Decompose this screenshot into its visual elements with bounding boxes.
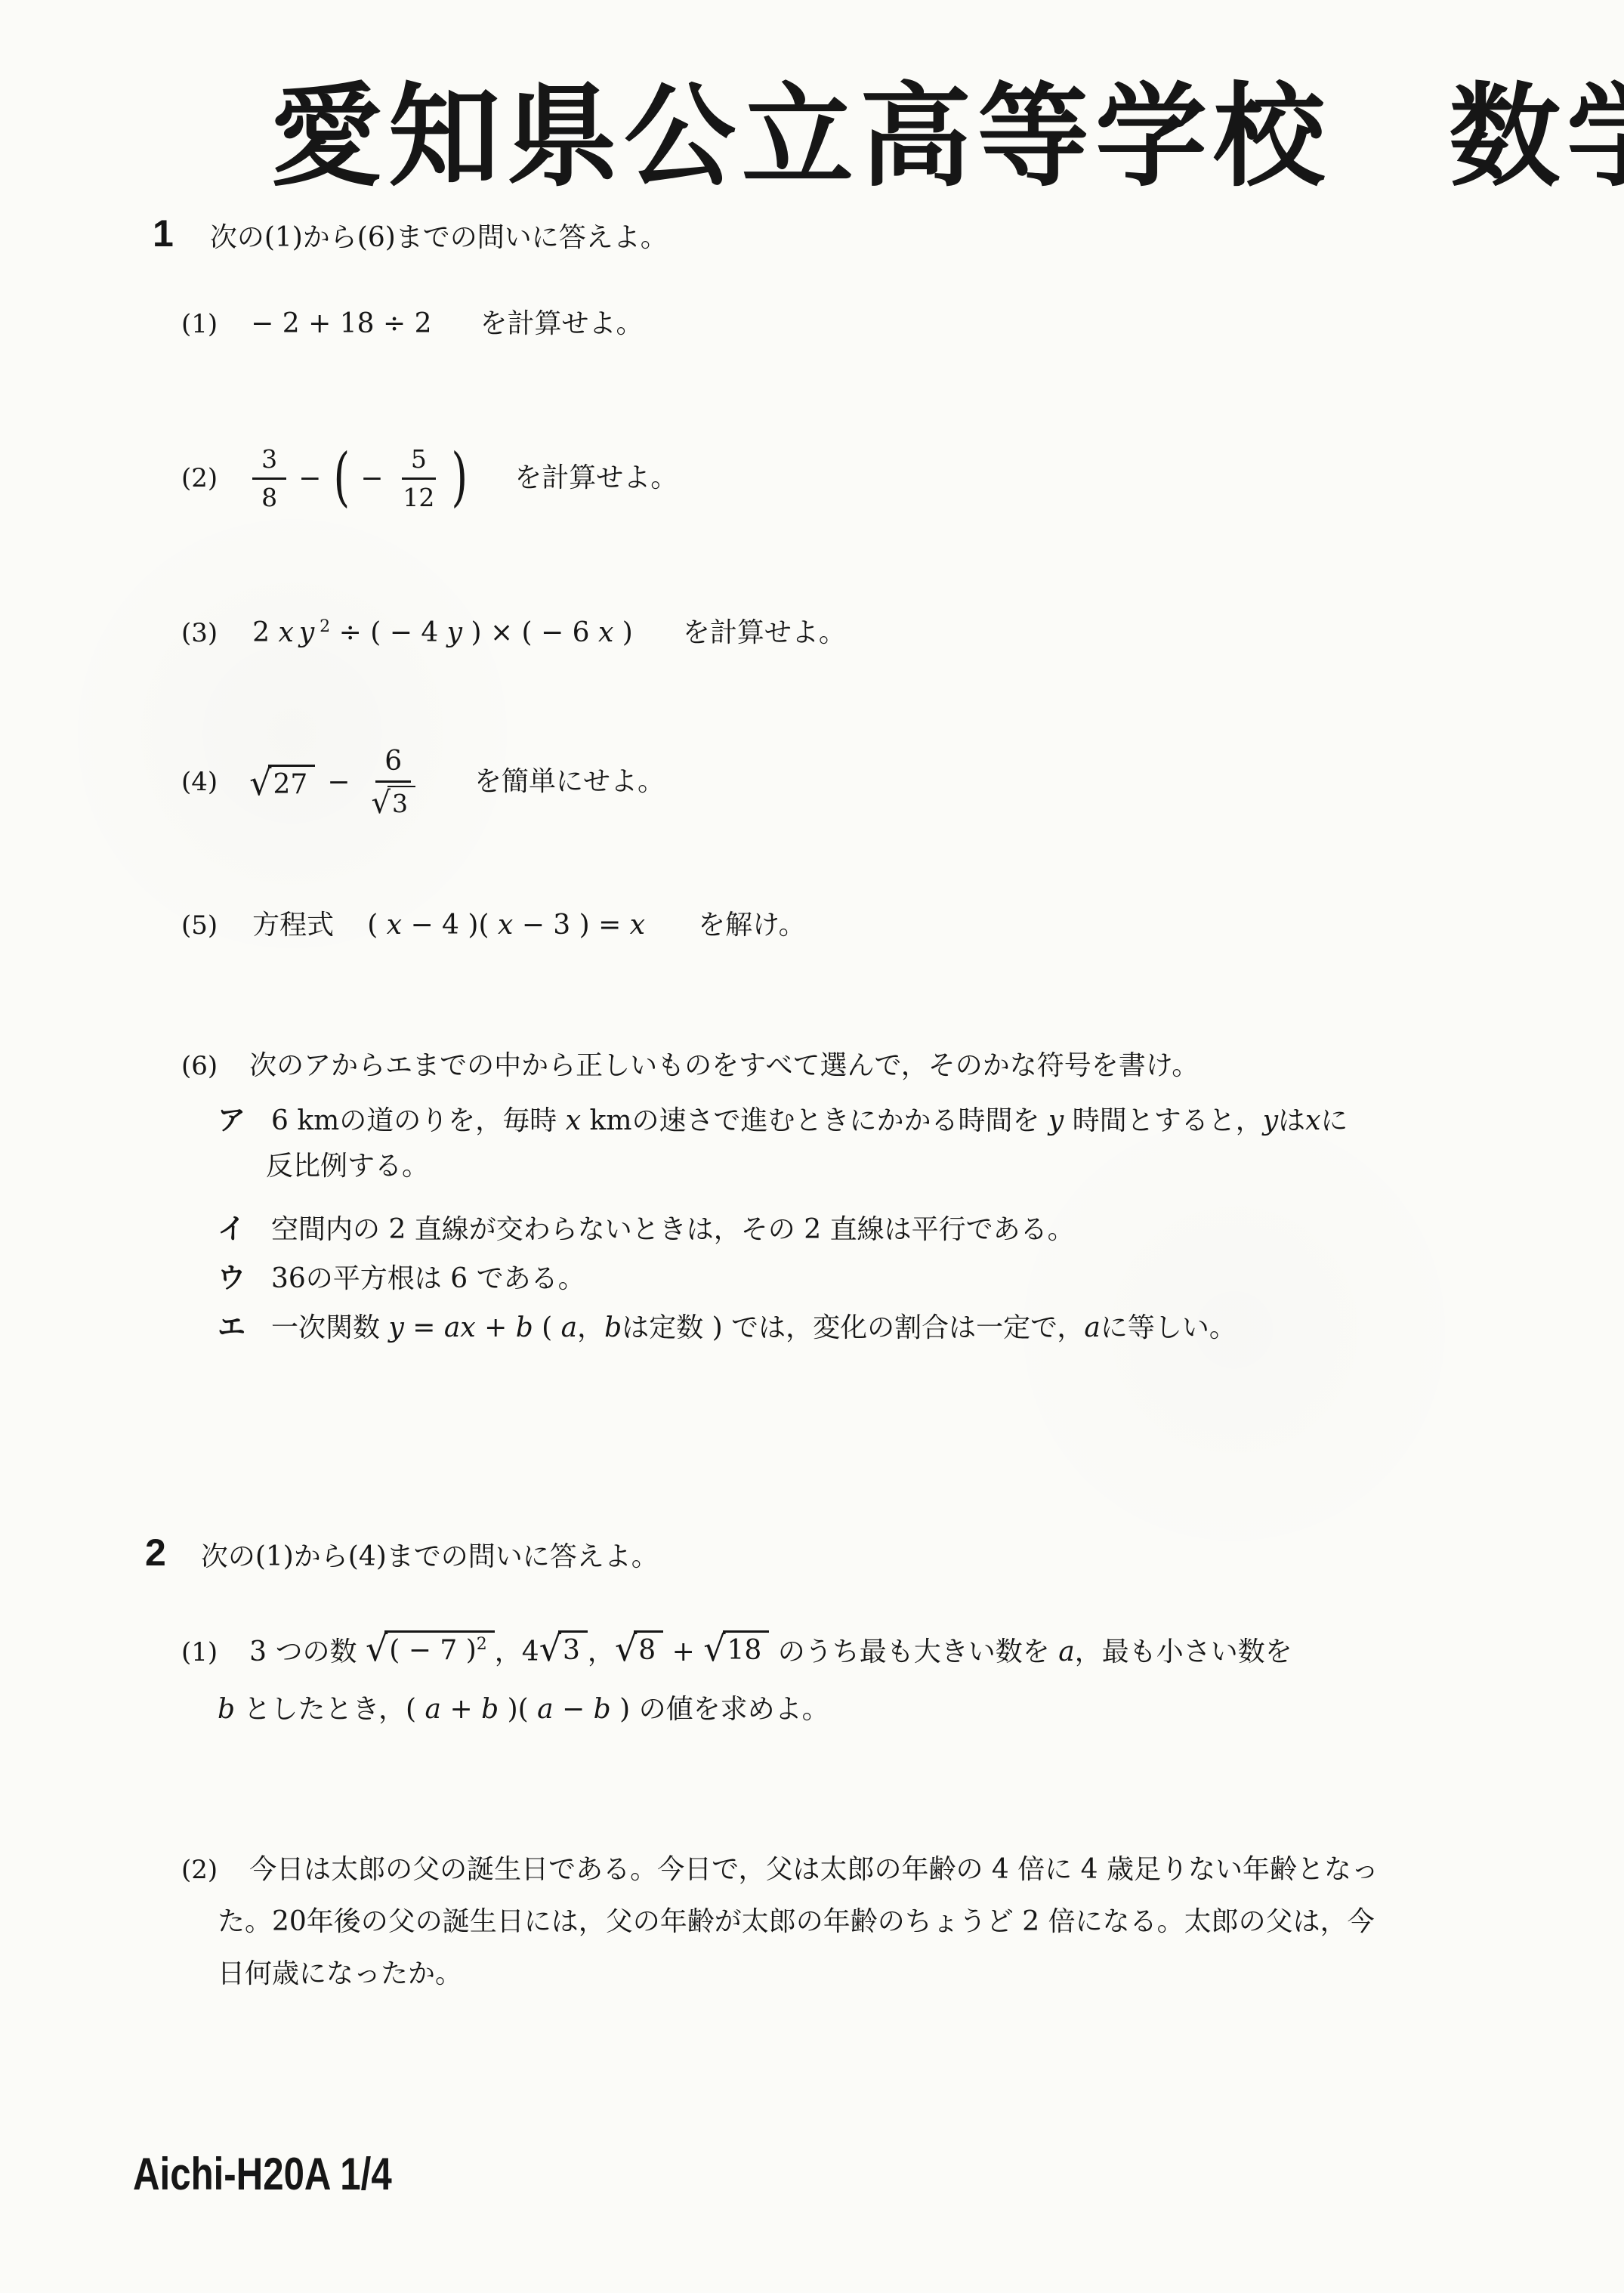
text: ，最も小さい数を [1075,1635,1292,1670]
variable-b: b [218,1694,235,1725]
left-paren: ( [333,447,350,510]
minus: − [554,1694,594,1725]
sqrt-neg7-squared: √( − 7 )2 [366,1630,495,1666]
question-1-1-label: (1) [181,309,218,339]
radicand: 18 [723,1630,770,1666]
text: としたとき，( [235,1692,425,1728]
radicand-base: ( − 7 ) [389,1635,477,1666]
question-1-6-label: (6) [181,1051,218,1081]
section-1-intro: 次の(1)から(6)までの問いに答えよ。 [210,221,668,256]
variable-x: x [630,910,645,941]
negative-sign: − [360,463,383,494]
section-2-header: 2 次の(1)から(4)までの問いに答えよ。 [145,1534,659,1575]
choice-c-label: ウ [218,1255,245,1296]
variable-x: x [387,910,402,941]
question-1-3-expression: 2 xy2 ÷ ( − 4 y ) × ( − 6 x ) [252,617,633,648]
choice-a-text: 6 kmの道のりを，毎時 x kmの速さで進むときにかかる時間を y 時間とする… [271,1104,1348,1139]
comma: ， [495,1635,522,1670]
choice-b: イ 空間内の 2 直線が交わらないときは，その 2 直線は平行である。 [218,1206,1075,1248]
variable-a: a [561,1312,577,1343]
question-2-2-line3-row: 日何歳になったか。 [218,1957,462,1992]
fraction-5-12: 5 12 [394,444,443,512]
question-2-1: (1) 3 つの数 √( − 7 )2 ， 4 √3 ， √8 + √18 のう… [181,1630,1292,1670]
choice-a: ア 6 kmの道のりを，毎時 x kmの速さで進むときにかかる時間を y 時間と… [218,1097,1348,1139]
text: 時間とすると， [1064,1105,1262,1136]
minus-operator: − [298,463,321,494]
choice-d: エ 一次関数 y = ax + b ( a，bは定数 ) では，変化の割合は一定… [218,1304,1237,1346]
text: 6 kmの道のりを，毎時 [271,1105,566,1136]
question-2-2-line2-row: た。20年後の父の誕生日には，父の年齢が太郎の年齢のちょうど 2 倍になる。太郎… [218,1905,1375,1940]
page-footer: Aichi-H20A 1/4 [133,2152,392,2197]
question-2-2: (2) 今日は太郎の父の誕生日である。今日で，父は太郎の年齢の 4 倍に 4 歳… [181,1853,1379,1888]
question-1-4: (4) √ 27 − 6 √3 を簡単にせよ。 [181,745,665,820]
exponent: 2 [477,1635,487,1654]
section-2-intro: 次の(1)から(4)までの問いに答えよ。 [201,1540,659,1575]
radicand: 3 [387,786,415,818]
question-1-5-instruction: を解け。 [698,908,806,944]
parens: )( [499,1694,537,1725]
section-1-header: 1 次の(1)から(6)までの問いに答えよ。 [153,215,668,256]
radicand: 27 [268,765,315,800]
question-2-1-line2: b としたとき，( a + b )( a − b ) の値を求めよ。 [218,1692,829,1728]
question-1-1-expression: − 2 + 18 ÷ 2 [251,308,431,339]
text: は [1278,1105,1305,1136]
question-1-5-label: (5) [181,910,218,941]
text: は定数 ) では，変化の割合は一定で， [622,1312,1084,1343]
text: kmの速さで進むときにかかる時間を [581,1105,1048,1136]
sqrt-3: √3 [539,1630,588,1666]
fraction-numerator: 6 [375,745,411,783]
variable-ax: ax [444,1312,476,1343]
question-2-2-label: (2) [181,1855,218,1885]
fraction-denominator: 8 [252,480,286,513]
exponent: 2 [320,617,330,636]
text: ) の値を求めよ。 [611,1692,829,1728]
plus: + [441,1694,481,1725]
comma: ， [588,1635,615,1670]
question-1-3: (3) 2 xy2 ÷ ( − 4 y ) × ( − 6 x ) を計算せよ。 [181,616,846,651]
text: のうち最も大きい数を [769,1635,1058,1670]
operators: ) × ( − 6 [462,617,598,648]
question-1-3-label: (3) [181,618,218,648]
variable-b: b [604,1312,622,1343]
question-1-4-instruction: を簡単にせよ。 [474,765,665,800]
variable-a: a [1084,1312,1100,1343]
choice-a-label: ア [218,1097,245,1138]
variable-y: y [1263,1105,1278,1136]
minus-operator: − [327,767,350,798]
comma: ， [577,1312,604,1343]
variable-x: x [1305,1105,1320,1136]
question-2-2-line3: 日何歳になったか。 [218,1957,462,1992]
text: に等しい。 [1101,1312,1237,1343]
exam-paper-page: 愛知県公立高等学校 数学 1 次の(1)から(6)までの問いに答えよ。 (1) … [0,0,1624,2293]
radicand: 3 [558,1630,588,1666]
question-2-2-line1: 今日は太郎の父の誕生日である。今日で，父は太郎の年齢の 4 倍に 4 歳足りない… [249,1853,1379,1888]
variable-x: x [566,1105,581,1136]
operators: ÷ ( − 4 [330,617,447,648]
choice-d-label: エ [218,1304,245,1345]
sqrt-3: √3 [371,786,415,818]
text: ( [533,1312,561,1343]
choice-c: ウ 36の平方根は 6 である。 [218,1255,585,1297]
fraction-denominator: √3 [362,783,425,820]
question-1-5-equation: ( x − 4 )( x − 3 ) = x [367,910,645,941]
question-1-6-intro: 次のアからエまでの中から正しいものをすべて選んで，そのかな符号を書け。 [249,1049,1199,1084]
plus: + [476,1312,516,1343]
coefficient-4: 4 [522,1636,539,1667]
close-paren: ) [613,617,633,648]
middle: − 4 )( [402,910,498,941]
question-1-6: (6) 次のアからエまでの中から正しいものをすべて選んで，そのかな符号を書け。 [181,1049,1199,1084]
variable-y: y [388,1312,403,1343]
variables: xy [279,617,320,648]
equals: = [404,1312,444,1343]
middle: − 3 ) = [513,910,630,941]
question-1-4-label: (4) [181,767,218,797]
sqrt-18: √18 [703,1630,769,1666]
choice-d-text: 一次関数 y = ax + b ( a，bは定数 ) では，変化の割合は一定で，… [271,1311,1237,1346]
page-title: 愛知県公立高等学校 数学 [270,66,1624,206]
question-2-1-label: (1) [181,1637,218,1667]
section-1-number: 1 [153,215,174,252]
fraction-3-8: 3 8 [252,444,286,512]
question-1-5: (5) 方程式 ( x − 4 )( x − 3 ) = x を解け。 [181,908,806,944]
variable-a: a [425,1694,441,1725]
plus-operator: + [663,1636,703,1667]
variable-x: x [498,910,513,941]
fraction-numerator: 5 [402,444,436,480]
section-2-number: 2 [145,1534,166,1571]
radicand: ( − 7 )2 [384,1630,495,1666]
variable-x: x [598,617,613,648]
choice-b-text: 空間内の 2 直線が交わらないときは，その 2 直線は平行である。 [271,1213,1075,1248]
question-1-2-label: (2) [181,463,218,493]
fraction-6-sqrt3: 6 √3 [362,745,425,820]
variable-a: a [1058,1636,1074,1667]
question-1-2: (2) 3 8 − ( − 5 12 ) を計算せよ。 [181,444,678,512]
question-1-2-instruction: を計算せよ。 [514,461,678,496]
variable-b: b [594,1694,611,1725]
question-1-3-instruction: を計算せよ。 [683,616,846,651]
variable-b: b [516,1312,533,1343]
variable-y: y [1048,1105,1064,1136]
question-1-1: (1) − 2 + 18 ÷ 2 を計算せよ。 [181,307,644,342]
choice-a-continuation: 反比例する。 [266,1149,429,1185]
fraction-denominator: 12 [394,480,443,513]
fraction-numerator: 3 [252,444,286,480]
variable-y: y [447,617,462,648]
equation-keyword: 方程式 [252,908,334,944]
right-paren: ) [451,447,468,510]
sqrt-8: √8 [615,1630,663,1666]
choice-b-label: イ [218,1206,245,1247]
question-2-2-line2: た。20年後の父の誕生日には，父の年齢が太郎の年齢のちょうど 2 倍になる。太郎… [218,1905,1375,1940]
radicand: 8 [634,1630,663,1666]
variable-a: a [537,1694,553,1725]
question-1-1-instruction: を計算せよ。 [480,307,644,342]
open-paren: ( [367,910,387,941]
text: に [1320,1105,1348,1136]
sqrt-27: √ 27 [249,765,315,800]
text: 一次関数 [271,1312,388,1343]
choice-a-line2: 反比例する。 [266,1149,429,1185]
text: 3 つの数 [249,1635,366,1670]
coefficient: 2 [252,617,278,648]
variable-b: b [481,1694,499,1725]
choice-c-text: 36の平方根は 6 である。 [271,1262,585,1297]
